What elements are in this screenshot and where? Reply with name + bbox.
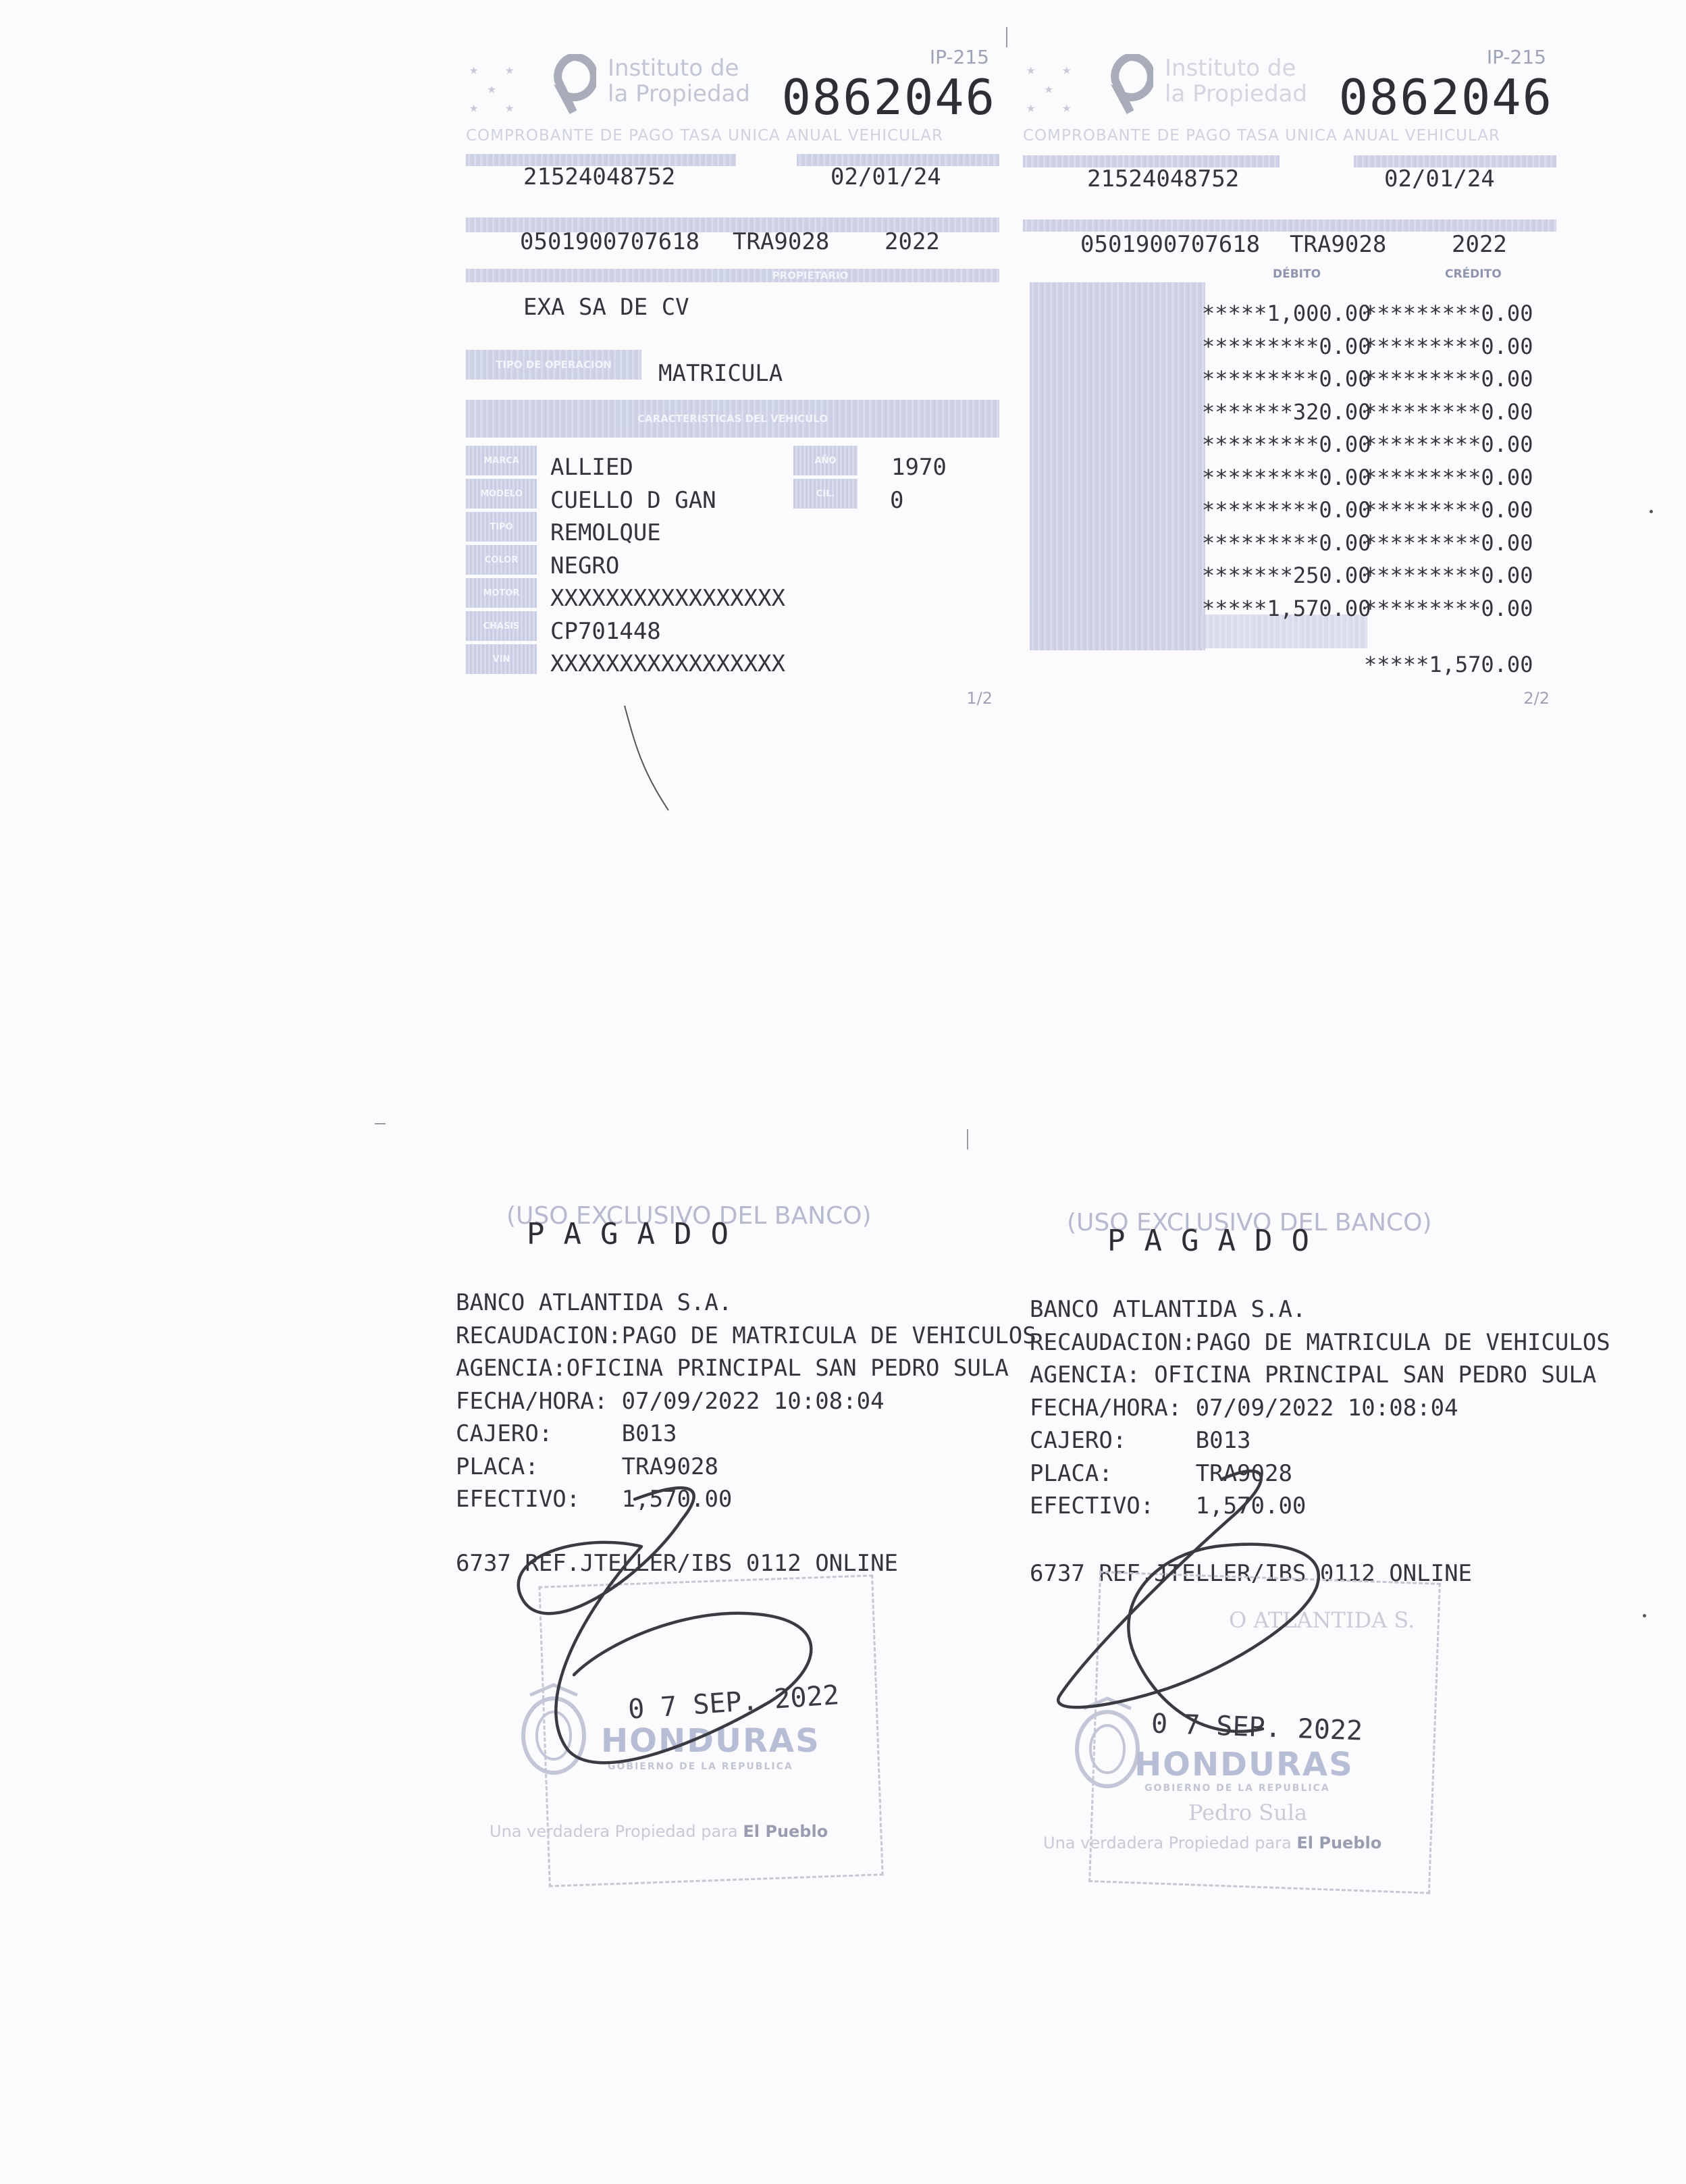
owner-name: EXA SA DE CV: [523, 294, 689, 321]
amount-row: *********0.00*********0.00: [1202, 497, 1529, 523]
bank-detail-line: EFECTIVO: 1,570.00: [456, 1483, 1036, 1516]
institute-logo-icon: [1107, 54, 1153, 115]
debit-amount: *****1,000.00: [1202, 301, 1364, 326]
account-number: 21524048752: [523, 163, 675, 190]
vehicle-label-vin: VIN: [466, 644, 537, 674]
stars-icon: ★ ★ ★★ ★: [1026, 61, 1101, 122]
institute-logo-icon: [550, 54, 596, 115]
stamp-country: HONDURAS: [1134, 1746, 1354, 1784]
debit-amount: *********0.00: [1202, 334, 1364, 359]
page-number: 1/2: [966, 689, 993, 708]
bank-detail-line: RECAUDACION:PAGO DE MATRICULA DE VEHICUL…: [456, 1320, 1036, 1353]
bank-details: BANCO ATLANTIDA S.A.RECAUDACION:PAGO DE …: [456, 1286, 1036, 1516]
debit-amount: *******320.00: [1202, 399, 1364, 425]
stamp-government: GOBIERNO DE LA REPUBLICA: [608, 1761, 793, 1772]
receipt-page-2: ★ ★ ★★ ★ Instituto de la Propiedad IP-21…: [1023, 41, 1556, 723]
bank-receipt-2: (USO EXCLUSIVO DEL BANCO) PAGADO BANCO A…: [1013, 1195, 1566, 1925]
issue-date: 02/01/24: [831, 163, 941, 190]
grand-total: *****1,570.00: [1364, 652, 1529, 677]
form-code: IP-215: [1487, 46, 1546, 68]
scan-mark: [967, 1129, 968, 1149]
amount-row: *****1,570.00*********0.00: [1202, 596, 1529, 621]
fiscal-year: 2022: [1452, 231, 1507, 258]
credit-amount: *********0.00: [1364, 301, 1529, 326]
vehicle-label-motor: MOTOR: [466, 578, 537, 608]
credit-amount: *********0.00: [1364, 465, 1529, 490]
stamp-country: HONDURAS: [601, 1722, 820, 1760]
stamp-slogan: Una verdadera Propiedad para El Pueblo: [490, 1822, 828, 1841]
document-title: COMPROBANTE DE PAGO TASA UNICA ANUAL VEH…: [466, 127, 999, 145]
amount-row: *********0.00*********0.00: [1202, 334, 1529, 359]
vehicle-label-color: COLOR: [466, 545, 537, 575]
coat-of-arms-icon: [517, 1682, 591, 1783]
bank-detail-line: CAJERO: B013: [456, 1418, 1036, 1451]
vehicle-year: 1970: [891, 454, 947, 481]
credit-amount: *********0.00: [1364, 334, 1529, 359]
amount-row: *******250.00*********0.00: [1202, 563, 1529, 588]
bank-detail-line: PLACA: TRA9028: [1030, 1457, 1610, 1490]
vehicle-label-marca: MARCA: [466, 446, 537, 475]
credit-header: CRÉDITO: [1445, 267, 1502, 281]
bank-receipt-1: (USO EXCLUSIVO DEL BANCO) PAGADO BANCO A…: [446, 1189, 999, 1918]
vehicle-label-tipo: TIPO: [466, 512, 537, 542]
bank-detail-line: FECHA/HORA: 07/09/2022 10:08:04: [1030, 1392, 1610, 1425]
institution-name: Instituto de la Propiedad: [608, 55, 750, 107]
debit-header: DÉBITO: [1273, 267, 1321, 281]
vehicle-value-modelo: CUELLO D GAN: [550, 487, 716, 514]
vehicle-value-vin: XXXXXXXXXXXXXXXXX: [550, 650, 785, 677]
stars-icon: ★ ★ ★★ ★: [469, 61, 544, 122]
bank-detail-line: AGENCIA: OFICINA PRINCIPAL SAN PEDRO SUL…: [1030, 1359, 1610, 1392]
stamp-city: Pedro Sula: [1188, 1800, 1307, 1825]
grand-total-row: *****1,570.00: [1202, 652, 1529, 677]
debit-amount: *********0.00: [1202, 366, 1364, 392]
account-number: 21524048752: [1087, 165, 1239, 192]
operation-type-label: TIPO DE OPERACION: [466, 350, 641, 380]
identification-number: 0501900707618: [520, 228, 700, 255]
coat-of-arms-icon: [1070, 1695, 1144, 1796]
form-code: IP-215: [930, 46, 989, 68]
debit-amount: *********0.00: [1202, 432, 1364, 457]
stamp-government: GOBIERNO DE LA REPUBLICA: [1144, 1783, 1330, 1794]
plate-number: TRA9028: [733, 228, 829, 255]
scan-dot: [1650, 510, 1653, 513]
vehicle-side-label: CIL.: [793, 479, 858, 509]
paid-status: PAGADO: [527, 1217, 747, 1251]
amount-row: *********0.00*********0.00: [1202, 530, 1529, 556]
bank-detail-line: FECHA/HORA: 07/09/2022 10:08:04: [456, 1385, 1036, 1418]
scan-dot: [1643, 1614, 1646, 1617]
debit-amount: *********0.00: [1202, 465, 1364, 490]
document-title: COMPROBANTE DE PAGO TASA UNICA ANUAL VEH…: [1023, 127, 1556, 145]
bank-detail-line: EFECTIVO: 1,570.00: [1030, 1490, 1610, 1523]
label-bar: [1023, 219, 1556, 232]
page-number: 2/2: [1523, 689, 1550, 708]
operation-type: MATRICULA: [658, 360, 783, 387]
stamp-faint-text: O ATLANTIDA S.: [1229, 1607, 1415, 1633]
scan-mark: [1006, 27, 1007, 47]
credit-amount: *********0.00: [1364, 432, 1529, 457]
stamp-slogan: Una verdadera Propiedad para El Pueblo: [1043, 1834, 1381, 1852]
bank-detail-line: RECAUDACION:PAGO DE MATRICULA DE VEHICUL…: [1030, 1326, 1610, 1359]
vehicle-side-labels: AÑOCIL.: [793, 446, 858, 512]
bank-detail-line: PLACA: TRA9028: [456, 1451, 1036, 1484]
identification-number: 0501900707618: [1080, 231, 1260, 258]
receipt-page-1: ★ ★ ★★ ★ Instituto de la Propiedad IP-21…: [466, 41, 999, 723]
institution-name: Instituto de la Propiedad: [1165, 55, 1307, 107]
credit-amount: *********0.00: [1364, 530, 1529, 556]
bank-detail-line: BANCO ATLANTIDA S.A.: [456, 1286, 1036, 1320]
credit-amount: *********0.00: [1364, 366, 1529, 392]
vehicle-section-label: CARACTERISTICAS DEL VEHICULO: [466, 400, 999, 438]
bank-detail-line: CAJERO: B013: [1030, 1424, 1610, 1457]
debit-amount: *******250.00: [1202, 563, 1364, 588]
vehicle-value-color: NEGRO: [550, 552, 619, 579]
debit-amount: *********0.00: [1202, 530, 1364, 556]
credit-amount: *********0.00: [1364, 497, 1529, 523]
pen-stroke: [621, 702, 675, 817]
paid-status: PAGADO: [1107, 1224, 1328, 1258]
amount-row: *********0.00*********0.00: [1202, 465, 1529, 490]
bank-details: BANCO ATLANTIDA S.A.RECAUDACION:PAGO DE …: [1030, 1293, 1610, 1523]
debit-amount: *****1,570.00: [1202, 596, 1364, 621]
issue-date: 02/01/24: [1384, 165, 1495, 192]
credit-amount: *********0.00: [1364, 596, 1529, 621]
vehicle-value-chasis: CP701448: [550, 618, 661, 645]
bank-detail-line: AGENCIA:OFICINA PRINCIPAL SAN PEDRO SULA: [456, 1352, 1036, 1385]
amount-row: *******320.00*********0.00: [1202, 399, 1529, 425]
vehicle-labels: MARCAMODELOTIPOCOLORMOTORCHASISVIN: [466, 446, 537, 677]
vehicle-label-modelo: MODELO: [466, 479, 537, 509]
scan-mark: [375, 1123, 386, 1124]
credit-amount: *********0.00: [1364, 563, 1529, 588]
fiscal-year: 2022: [885, 228, 940, 255]
owner-label: PROPIETARIO: [466, 269, 999, 282]
bank-reference: 6737 REF.JTELLER/IBS 0112 ONLINE: [456, 1550, 898, 1577]
vehicle-label-chasis: CHASIS: [466, 611, 537, 641]
vehicle-cylinders: 0: [890, 487, 903, 514]
amount-row: *********0.00*********0.00: [1202, 366, 1529, 392]
serial-number: 0862046: [1339, 69, 1553, 126]
debit-amount: *********0.00: [1202, 497, 1364, 523]
serial-number: 0862046: [782, 69, 996, 126]
plate-number: TRA9028: [1290, 231, 1386, 258]
amount-row: *********0.00*********0.00: [1202, 432, 1529, 457]
bank-detail-line: BANCO ATLANTIDA S.A.: [1030, 1293, 1610, 1326]
vehicle-value-tipo: REMOLQUE: [550, 519, 661, 546]
vehicle-value-motor: XXXXXXXXXXXXXXXXX: [550, 585, 785, 612]
vehicle-value-marca: ALLIED: [550, 454, 633, 481]
concept-labels-block: [1030, 282, 1205, 650]
amount-row: *****1,000.00*********0.00: [1202, 301, 1529, 326]
vehicle-side-label: AÑO: [793, 446, 858, 475]
credit-amount: *********0.00: [1364, 399, 1529, 425]
